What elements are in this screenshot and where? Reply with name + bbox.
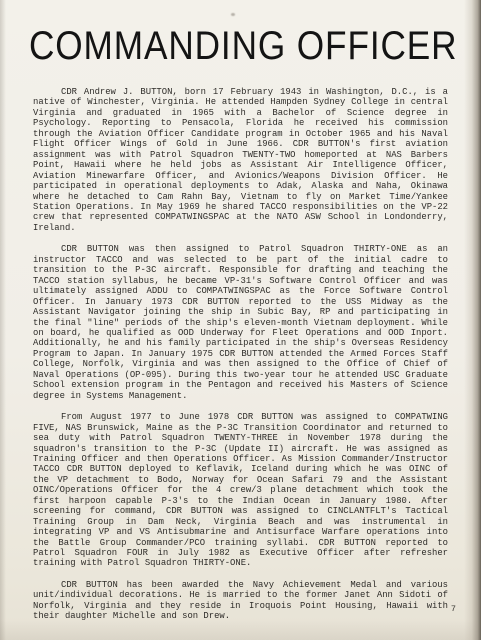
page-edge-right	[464, 0, 481, 640]
page-title: COMMANDING OFFICER	[29, 24, 481, 69]
paragraph-compatwing-command: From August 1977 to June 1978 CDR BUTTON…	[33, 412, 448, 569]
paragraph-early-career: CDR Andrew J. BUTTON, born 17 February 1…	[33, 87, 448, 233]
paragraph-awards-family: CDR BUTTON has been awarded the Navy Ach…	[33, 580, 448, 622]
document-page: COMMANDING OFFICER CDR Andrew J. BUTTON,…	[0, 0, 481, 640]
scan-speck	[231, 13, 235, 16]
paragraph-vp31-midway: CDR BUTTON was then assigned to Patrol S…	[33, 244, 448, 401]
page-edge-left	[0, 0, 6, 640]
document-body: CDR Andrew J. BUTTON, born 17 February 1…	[33, 87, 448, 633]
page-title-text: COMMANDING OFFICER	[29, 24, 457, 69]
page-number: 7	[451, 604, 456, 614]
